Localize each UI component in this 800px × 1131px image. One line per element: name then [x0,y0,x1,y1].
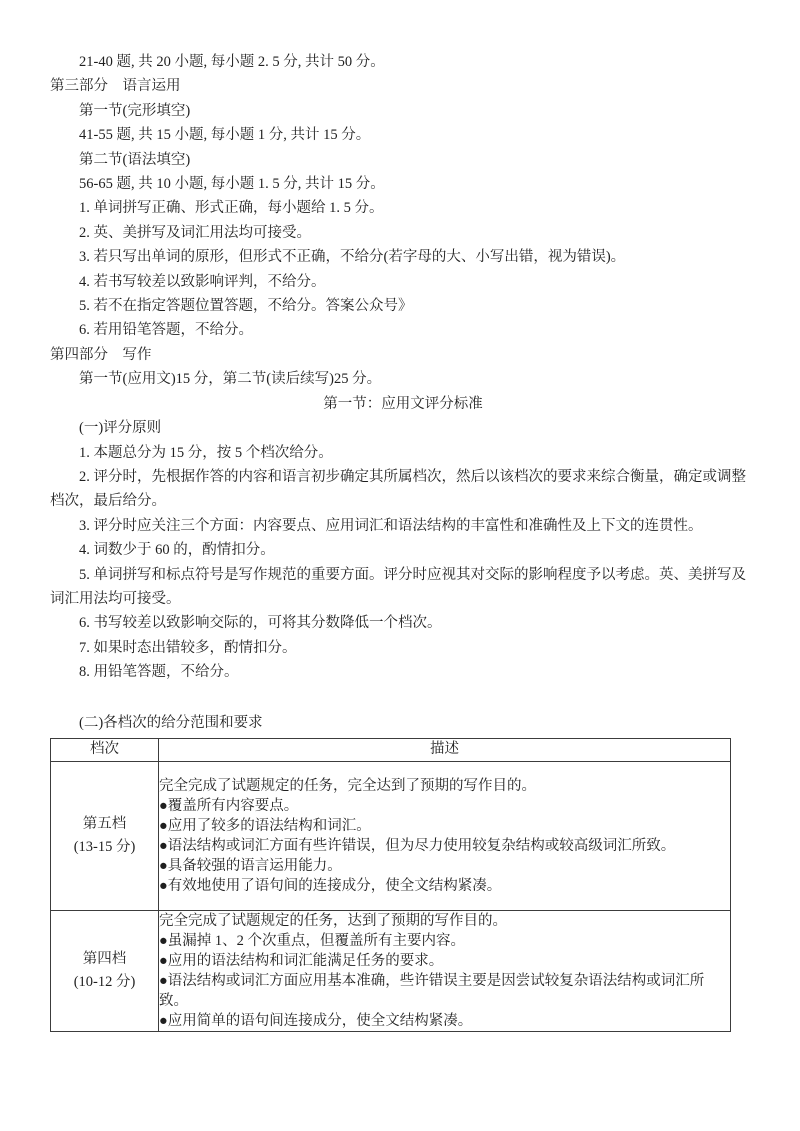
grade-level-cell: 第四档 (10-12 分) [51,910,159,1031]
grade-score-range: (13-15 分) [51,836,158,859]
numbered-item: 1. 单词拼写正确、形式正确，每小题给 1. 5 分。 [50,196,756,220]
grade-bullet: ●语法结构或词汇方面应用基本准确，些许错误主要是因尝试较复杂语法结构或词汇所致。 [159,971,730,1011]
numbered-item: 5. 单词拼写和标点符号是写作规范的重要方面。评分时应视其对交际的影响程度予以考… [50,563,756,612]
numbered-item: 3. 若只写出单词的原形，但形式不正确，不给分(若字母的大、小写出错，视为错误)… [50,245,756,269]
section-heading-part3: 第三部分 语言运用 [50,74,756,98]
numbered-item: 3. 评分时应关注三个方面：内容要点、应用词汇和语法结构的丰富性和准确性及上下文… [50,514,756,538]
numbered-item: 2. 评分时，先根据作答的内容和语言初步确定其所属档次，然后以该档次的要求来综合… [50,465,756,514]
subsection-heading: 第二节(语法填空) [50,148,756,172]
text-line: 41-55 题, 共 15 小题, 每小题 1 分, 共计 15 分。 [50,123,756,147]
document-body: 21-40 题, 共 20 小题, 每小题 2. 5 分, 共计 50 分。 第… [50,50,756,1032]
text-line: 56-65 题, 共 10 小题, 每小题 1. 5 分, 共计 15 分。 [50,172,756,196]
grade-level-label: 第四档 [51,948,158,971]
document-page: 21-40 题, 共 20 小题, 每小题 2. 5 分, 共计 50 分。 第… [0,0,800,1131]
subsection-heading-ranges: (二)各档次的给分范围和要求 [50,711,756,735]
subsection-heading-principles: (一)评分原则 [50,416,756,440]
numbered-item: 4. 词数少于 60 的，酌情扣分。 [50,538,756,562]
grade-bullet: ●语法结构或词汇方面有些许错误，但为尽力使用较复杂结构或较高级词汇所致。 [159,836,730,856]
grade-bullet: ●应用简单的语句间连接成分，使全文结构紧凑。 [159,1011,730,1031]
grade-level-cell: 第五档 (13-15 分) [51,761,159,910]
grade-bullet: ●具备较强的语言运用能力。 [159,856,730,876]
grade-bullet: ●虽漏掉 1、2 个次重点，但覆盖所有主要内容。 [159,931,730,951]
table-row-grade5: 第五档 (13-15 分) 完全完成了试题规定的任务，完全达到了预期的写作目的。… [51,761,731,910]
numbered-item: 6. 若用铅笔答题，不给分。 [50,318,756,342]
text-line: 21-40 题, 共 20 小题, 每小题 2. 5 分, 共计 50 分。 [50,50,756,74]
grade-level-label: 第五档 [51,813,158,836]
grade-bullet: ●覆盖所有内容要点。 [159,796,730,816]
table-header-desc: 描述 [159,738,731,761]
numbered-item: 7. 如果时态出错较多，酌情扣分。 [50,636,756,660]
grade-desc-cell: 完全完成了试题规定的任务，达到了预期的写作目的。 ●虽漏掉 1、2 个次重点，但… [159,910,731,1031]
table-header-level: 档次 [51,738,159,761]
numbered-item: 5. 若不在指定答题位置答题，不给分。答案公众号》 [50,294,756,318]
grade-summary: 完全完成了试题规定的任务，完全达到了预期的写作目的。 [159,776,730,796]
numbered-item: 8. 用铅笔答题，不给分。 [50,660,756,684]
section-heading-part4: 第四部分 写作 [50,343,756,367]
text-line: 第一节(应用文)15 分，第二节(读后续写)25 分。 [50,367,756,391]
grade-bullet: ●应用了较多的语法结构和词汇。 [159,816,730,836]
grade-bullet: ●应用的语法结构和词汇能满足任务的要求。 [159,951,730,971]
subsection-heading: 第一节(完形填空) [50,99,756,123]
table-row-grade4: 第四档 (10-12 分) 完全完成了试题规定的任务，达到了预期的写作目的。 ●… [51,910,731,1031]
centered-title: 第一节：应用文评分标准 [50,392,756,416]
table-header-row: 档次 描述 [51,738,731,761]
grade-bullet: ●有效地使用了语句间的连接成分，使全文结构紧凑。 [159,876,730,896]
grade-summary: 完全完成了试题规定的任务，达到了预期的写作目的。 [159,911,730,931]
grading-table: 档次 描述 第五档 (13-15 分) 完全完成了试题规定的任务，完全达到了预期… [50,738,731,1032]
grade-desc-cell: 完全完成了试题规定的任务，完全达到了预期的写作目的。 ●覆盖所有内容要点。 ●应… [159,761,731,910]
numbered-item: 6. 书写较差以致影响交际的，可将其分数降低一个档次。 [50,611,756,635]
numbered-item: 4. 若书写较差以致影响评判，不给分。 [50,270,756,294]
grade-score-range: (10-12 分) [51,971,158,994]
numbered-item: 2. 英、美拼写及词汇用法均可接受。 [50,221,756,245]
numbered-item: 1. 本题总分为 15 分，按 5 个档次给分。 [50,441,756,465]
